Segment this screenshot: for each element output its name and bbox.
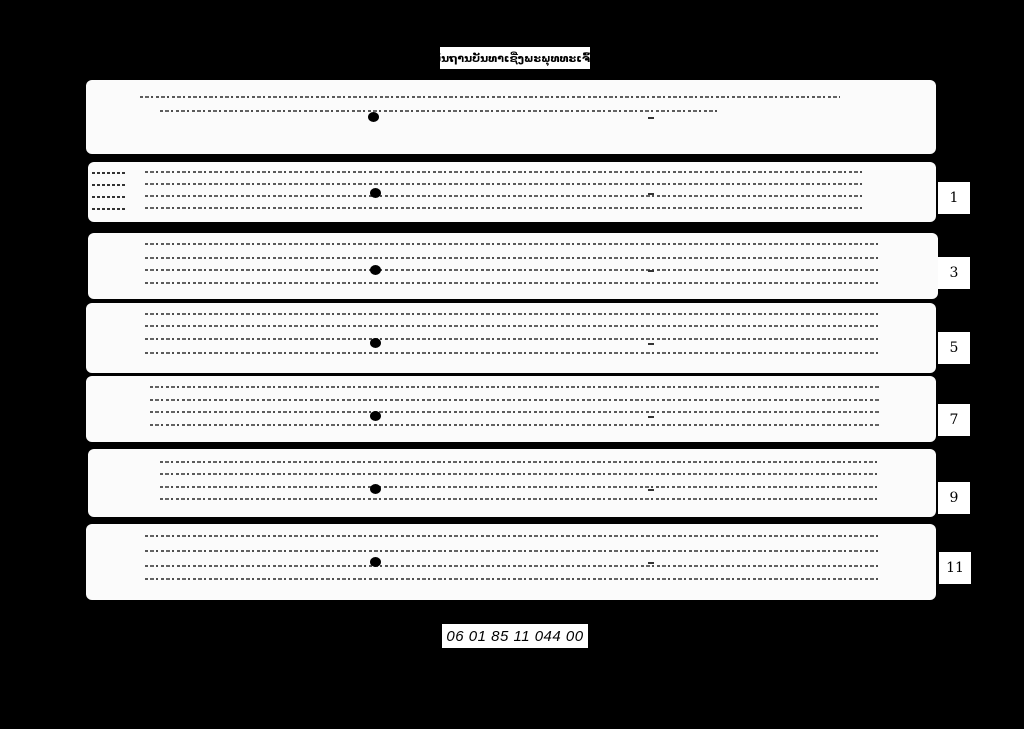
leaf-number-label: 3 (938, 257, 970, 289)
manuscript-text-line (160, 498, 880, 500)
manuscript-text-line (160, 110, 720, 112)
manuscript-text-line (160, 486, 880, 488)
manuscript-text-line (160, 461, 880, 463)
manuscript-text-line (160, 473, 880, 475)
title-label: ອິນຖານບັນທາເຊີ່ງພະພຸທທະເຈົ້າ (440, 47, 590, 69)
string-hole (370, 338, 381, 348)
center-mark (648, 489, 654, 491)
leaf-number-label: 7 (938, 404, 970, 436)
manuscript-text-line (140, 96, 840, 98)
string-hole (370, 484, 381, 494)
manuscript-text-line (150, 411, 880, 413)
center-mark (648, 193, 654, 195)
margin-note (92, 196, 126, 198)
string-hole (368, 112, 379, 122)
catalog-id-label: 06 01 85 11 044 00 (442, 624, 588, 648)
palm-leaf (86, 303, 936, 373)
manuscript-text-line (145, 183, 865, 185)
leaf-number-label: 9 (938, 482, 970, 514)
palm-leaf (86, 524, 936, 600)
manuscript-text-line (145, 243, 880, 245)
palm-leaf (88, 162, 936, 222)
manuscript-text-line (150, 424, 880, 426)
margin-note (92, 208, 126, 210)
margin-note (92, 184, 126, 186)
manuscript-text-line (150, 386, 880, 388)
center-mark (648, 562, 654, 564)
leaf-number-label: 1 (938, 182, 970, 214)
center-mark (648, 416, 654, 418)
margin-note (92, 172, 126, 174)
manuscript-text-line (145, 313, 880, 315)
string-hole (370, 188, 381, 198)
manuscript-text-line (150, 399, 880, 401)
palm-leaf (88, 449, 936, 517)
leaf-number-label: 11 (939, 552, 971, 584)
manuscript-text-line (145, 195, 865, 197)
string-hole (370, 265, 381, 275)
palm-leaf (86, 376, 936, 442)
manuscript-text-line (145, 257, 880, 259)
string-hole (370, 557, 381, 567)
manuscript-text-line (145, 325, 880, 327)
manuscript-text-line (145, 282, 880, 284)
manuscript-text-line (145, 269, 880, 271)
manuscript-text-line (145, 171, 865, 173)
string-hole (370, 411, 381, 421)
manuscript-text-line (145, 207, 865, 209)
leaf-number-label: 5 (938, 332, 970, 364)
manuscript-text-line (145, 352, 880, 354)
manuscript-text-line (145, 338, 880, 340)
center-mark (648, 270, 654, 272)
manuscript-text-line (145, 578, 880, 580)
manuscript-text-line (145, 565, 880, 567)
palm-leaf (86, 80, 936, 154)
palm-leaf (88, 233, 938, 299)
center-mark (648, 343, 654, 345)
manuscript-text-line (145, 550, 880, 552)
manuscript-text-line (145, 535, 880, 537)
center-mark (648, 117, 654, 119)
